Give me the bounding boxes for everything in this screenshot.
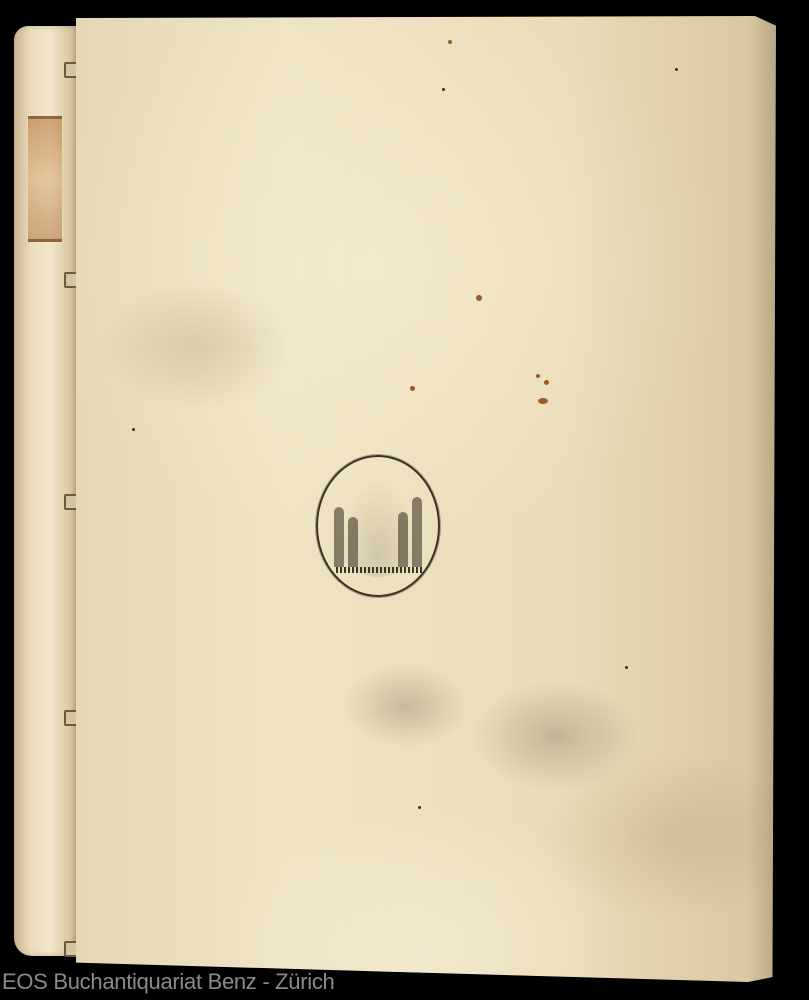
spine-band <box>64 494 78 510</box>
speck <box>675 68 678 71</box>
spine-label <box>28 116 62 242</box>
oval-stamp <box>316 455 440 597</box>
speck <box>418 806 421 809</box>
spine-band <box>64 710 78 726</box>
stamp-figure <box>398 512 408 567</box>
stain <box>448 40 452 44</box>
speck <box>132 428 135 431</box>
watermark-text: EOS Buchantiquariat Benz - Zürich <box>2 969 335 995</box>
stain <box>476 295 482 301</box>
spine-band <box>64 62 78 78</box>
book-spine <box>14 26 80 956</box>
stamp-figure <box>412 497 422 567</box>
speck <box>625 666 628 669</box>
stamp-figure <box>348 517 358 567</box>
stamp-base <box>336 567 424 573</box>
stamp-figure <box>334 507 344 567</box>
spine-band <box>64 272 78 288</box>
stain <box>410 386 415 391</box>
stain <box>544 380 549 385</box>
spine-band <box>64 941 78 957</box>
stain <box>536 374 540 378</box>
stain <box>538 398 548 404</box>
speck <box>442 88 445 91</box>
